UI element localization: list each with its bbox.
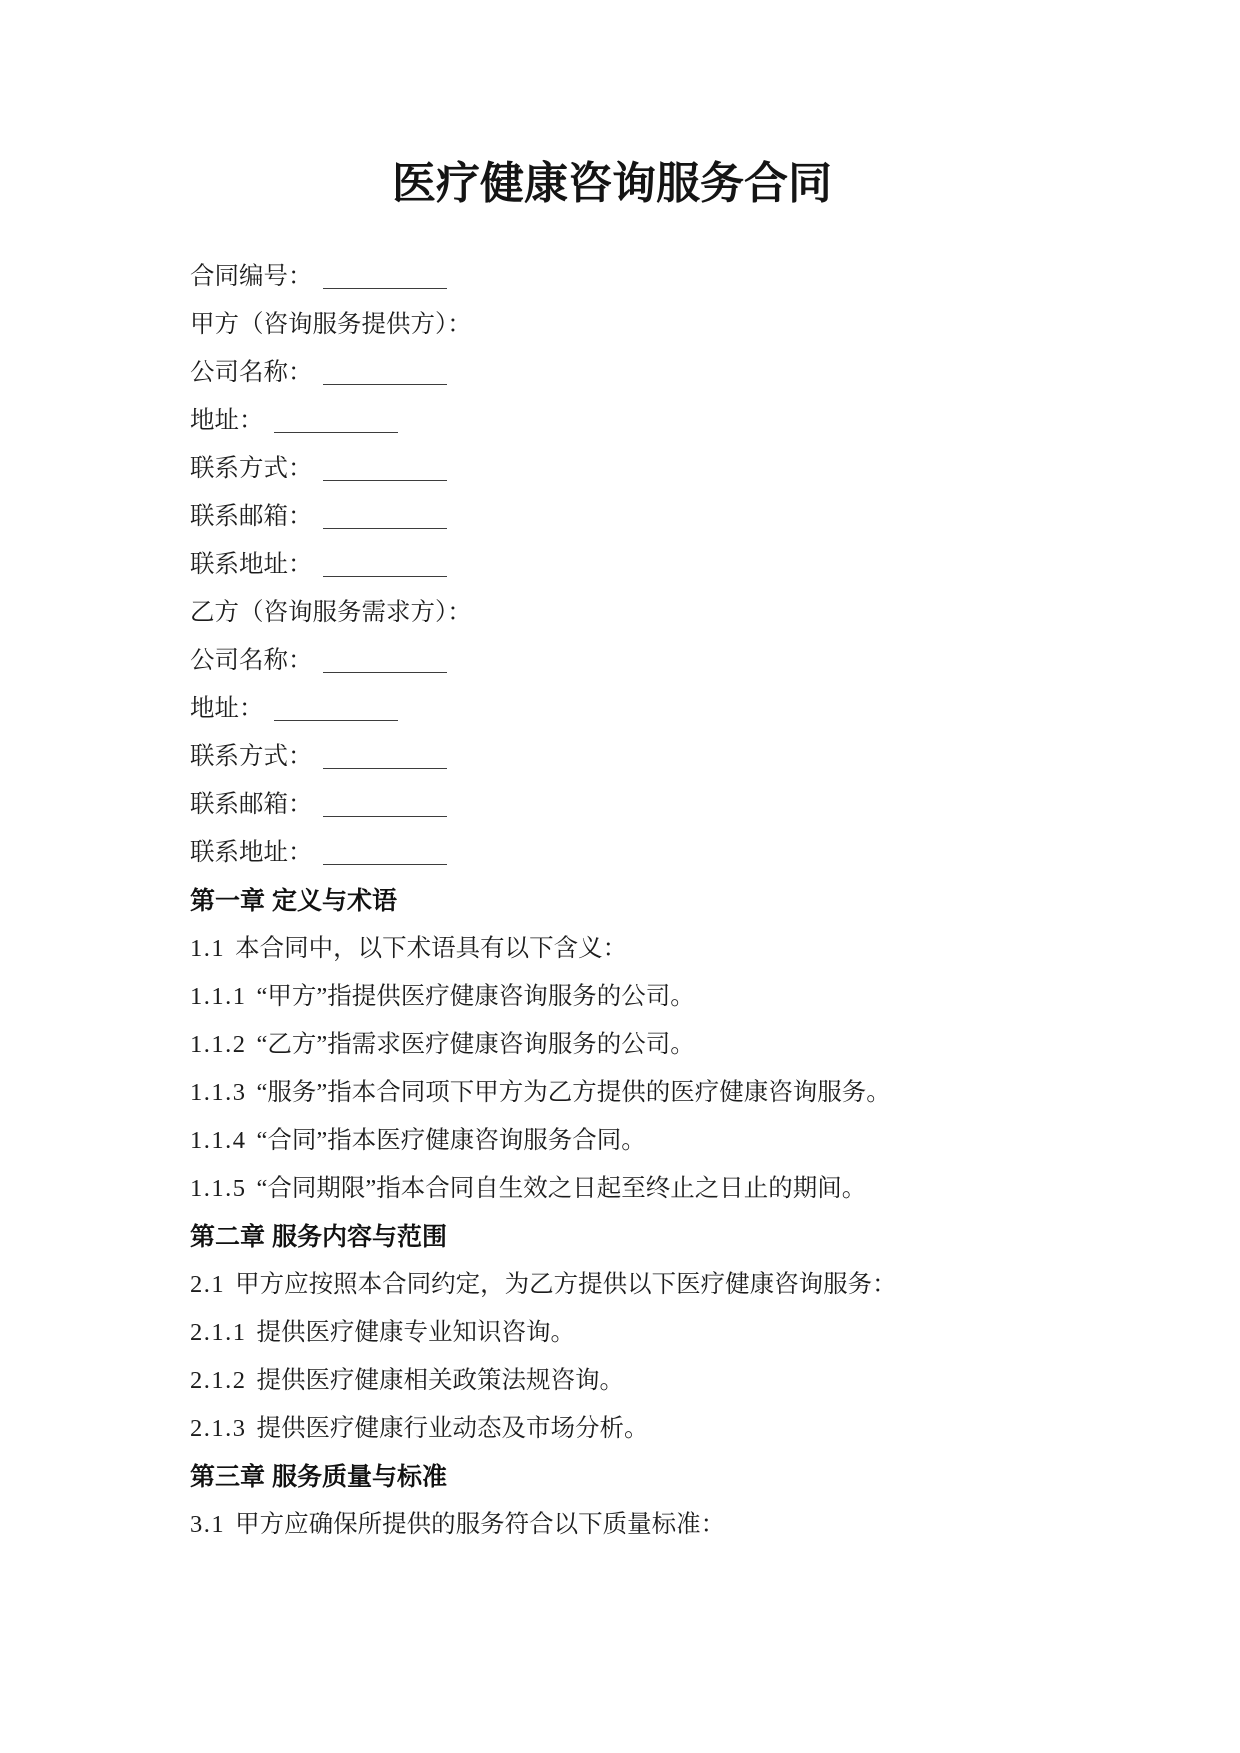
field-line: 联系地址： [190,829,1090,877]
clause-text: 提供医疗健康相关政策法规咨询。 [257,1367,625,1394]
field-label: 联系地址： [190,551,313,578]
section-heading: 第一章 定义与术语 [190,877,1090,925]
field-line: 联系邮箱： [190,493,1090,541]
field-label: 公司名称： [190,647,313,674]
blank-underline [323,380,447,385]
field-line: 地址： [190,685,1090,733]
page-title: 医疗健康咨询服务合同 [162,153,1062,215]
clause-line: 1.1本合同中，以下术语具有以下含义： [190,925,1090,973]
blank-underline [323,812,447,817]
clause-text: 提供医疗健康专业知识咨询。 [257,1319,576,1346]
clause-line: 2.1.2提供医疗健康相关政策法规咨询。 [190,1357,1090,1405]
document-content: 医疗健康咨询服务合同 合同编号：甲方（咨询服务提供方）：公司名称：地址：联系方式… [0,0,1240,1549]
field-line: 合同编号： [190,253,1090,301]
field-line: 联系地址： [190,541,1090,589]
contract-sections: 第一章 定义与术语1.1本合同中，以下术语具有以下含义：1.1.1“甲方”指提供… [190,877,1090,1549]
section-heading: 第三章 服务质量与标准 [190,1453,1090,1501]
field-label: 甲方（咨询服务提供方）： [190,311,472,338]
contract-document-page: 医疗健康咨询服务合同 合同编号：甲方（咨询服务提供方）：公司名称：地址：联系方式… [0,0,1240,1753]
field-line: 联系方式： [190,733,1090,781]
clause-line: 1.1.4“合同”指本医疗健康咨询服务合同。 [190,1117,1090,1165]
blank-underline [274,428,398,433]
section-heading: 第二章 服务内容与范围 [190,1213,1090,1261]
clause-text: “乙方”指需求医疗健康咨询服务的公司。 [257,1031,695,1058]
blank-underline [323,668,447,673]
clause-line: 2.1.3提供医疗健康行业动态及市场分析。 [190,1405,1090,1453]
field-line: 公司名称： [190,349,1090,397]
party-fields: 合同编号：甲方（咨询服务提供方）：公司名称：地址：联系方式：联系邮箱：联系地址：… [190,253,1090,877]
clause-number: 1.1.5 [190,1175,247,1202]
clause-text: “合同”指本医疗健康咨询服务合同。 [257,1127,646,1154]
field-label: 联系邮箱： [190,503,313,530]
clause-text: 甲方应确保所提供的服务符合以下质量标准： [235,1511,725,1538]
field-label: 联系方式： [190,743,313,770]
blank-underline [323,524,447,529]
clause-text: “服务”指本合同项下甲方为乙方提供的医疗健康咨询服务。 [257,1079,891,1106]
clause-number: 1.1 [190,935,225,962]
clause-number: 2.1.1 [190,1319,247,1346]
field-label: 地址： [190,695,264,722]
clause-number: 1.1.2 [190,1031,247,1058]
clause-line: 1.1.3“服务”指本合同项下甲方为乙方提供的医疗健康咨询服务。 [190,1069,1090,1117]
blank-underline [323,572,447,577]
clause-number: 2.1.3 [190,1415,247,1442]
clause-text: “合同期限”指本合同自生效之日起至终止之日止的期间。 [257,1175,867,1202]
field-line: 联系方式： [190,445,1090,493]
field-line: 公司名称： [190,637,1090,685]
clause-number: 2.1 [190,1271,225,1298]
clause-line: 2.1.1提供医疗健康专业知识咨询。 [190,1309,1090,1357]
blank-underline [274,716,398,721]
clause-text: 提供医疗健康行业动态及市场分析。 [257,1415,649,1442]
field-line: 乙方（咨询服务需求方）： [190,589,1090,637]
clause-number: 3.1 [190,1511,225,1538]
field-label: 乙方（咨询服务需求方）： [190,599,472,626]
clause-number: 2.1.2 [190,1367,247,1394]
clause-number: 1.1.4 [190,1127,247,1154]
clause-line: 3.1甲方应确保所提供的服务符合以下质量标准： [190,1501,1090,1549]
field-label: 联系地址： [190,839,313,866]
blank-underline [323,860,447,865]
field-line: 甲方（咨询服务提供方）： [190,301,1090,349]
field-label: 公司名称： [190,359,313,386]
field-line: 联系邮箱： [190,781,1090,829]
field-label: 地址： [190,407,264,434]
clause-text: 本合同中，以下术语具有以下含义： [235,935,627,962]
clause-text: “甲方”指提供医疗健康咨询服务的公司。 [257,983,695,1010]
field-line: 地址： [190,397,1090,445]
blank-underline [323,476,447,481]
clause-number: 1.1.1 [190,983,247,1010]
field-label: 联系邮箱： [190,791,313,818]
clause-line: 1.1.2“乙方”指需求医疗健康咨询服务的公司。 [190,1021,1090,1069]
blank-underline [323,764,447,769]
clause-line: 1.1.5“合同期限”指本合同自生效之日起至终止之日止的期间。 [190,1165,1090,1213]
field-label: 合同编号： [190,263,313,290]
field-label: 联系方式： [190,455,313,482]
clause-text: 甲方应按照本合同约定，为乙方提供以下医疗健康咨询服务： [235,1271,897,1298]
blank-underline [323,284,447,289]
clause-number: 1.1.3 [190,1079,247,1106]
clause-line: 2.1甲方应按照本合同约定，为乙方提供以下医疗健康咨询服务： [190,1261,1090,1309]
clause-line: 1.1.1“甲方”指提供医疗健康咨询服务的公司。 [190,973,1090,1021]
